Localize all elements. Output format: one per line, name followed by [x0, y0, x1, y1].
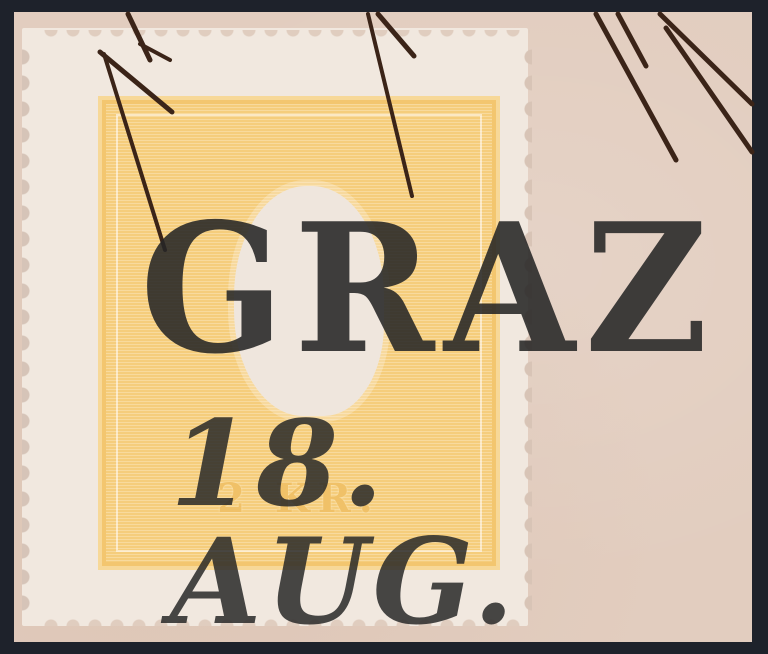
postmark-city: GRAZ	[140, 200, 710, 378]
postmark-date: 18. AUG.	[170, 405, 768, 641]
stamp-photo: 2 KR. GRAZ 18. AUG.	[0, 0, 768, 654]
